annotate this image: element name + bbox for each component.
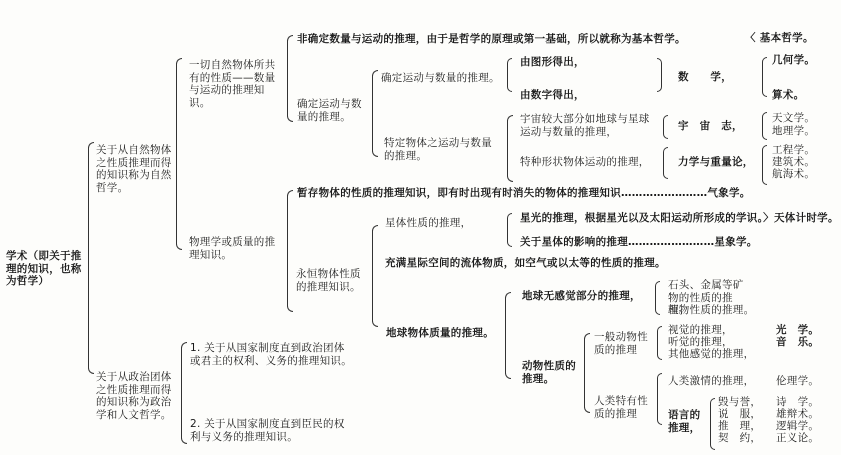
cosmos-motion: 宇宙较大部分如地球与星球运动与数量的推理， xyxy=(520,113,660,138)
general-animal-label: 一般动物性质的推理 xyxy=(594,331,654,356)
cosmography-results-bracket xyxy=(762,112,767,140)
physics-bracket xyxy=(287,190,293,312)
human-bracket xyxy=(657,373,662,425)
special-bodies-label: 特定物体之运动与数量的推理。 xyxy=(384,137,494,162)
result-music: 音 乐。 xyxy=(776,336,819,349)
definite-quantity-motion-label: 确定运动与数量的推理。 xyxy=(297,98,369,123)
political-item-2: 2. 关于从国家制度直到臣民的权利与义务的推理知识。 xyxy=(190,418,355,443)
sight: 视觉的推理， xyxy=(668,324,733,337)
cosmography-label: 宇 宙 志， xyxy=(678,120,743,133)
speech-label: 语言的推理， xyxy=(668,409,710,434)
contract: 契 约， xyxy=(718,432,761,445)
stars-label: 星体性质的推理， xyxy=(385,217,471,230)
insensible-label: 地球无感觉部分的推理， xyxy=(522,290,641,303)
result-arithmetic: 算术。 xyxy=(772,89,804,102)
definite-mq-label: 确定运动与数量的推理。 xyxy=(381,72,500,85)
mechanics-bracket xyxy=(663,147,668,179)
result-poetry: 诗 学。 xyxy=(776,396,819,409)
starlight: 星光的推理，根据星光以及太阳运动所形成的学识。〉天体计时学。 xyxy=(520,212,839,225)
permanent-bodies-label: 永恒物体性质的推理知识。 xyxy=(296,268,371,293)
animal-label: 动物性质的推理。 xyxy=(522,360,577,385)
hearing: 听觉的推理， xyxy=(668,336,733,349)
result-geometry: 几何学。 xyxy=(772,54,815,67)
result-logic: 逻辑学。 xyxy=(776,420,819,433)
result-first-philosophy: 〈 基本哲学。 xyxy=(745,32,814,45)
common-bracket xyxy=(287,35,293,122)
figure-motion: 特种形状物体运动的推理， xyxy=(520,156,650,169)
other-senses: 其他感觉的推理， xyxy=(668,348,754,361)
common-properties-label: 一切自然物体所共有的性质——数量与运动的推理知识。 xyxy=(189,59,281,109)
human-label: 人类特有性质的推理 xyxy=(594,395,654,420)
physics-label: 物理学或质量的推理知识。 xyxy=(189,236,284,261)
from-figures: 由图形得出， xyxy=(520,56,585,69)
result-justice: 正义论。 xyxy=(776,432,819,445)
mq-bracket xyxy=(507,58,512,92)
result-engineering: 工程学。 xyxy=(772,144,815,157)
stars-bracket xyxy=(507,213,512,247)
interstellar-fluid: 充满星际空间的流体物质，如空气或以太等的性质的推理。 xyxy=(385,257,666,270)
insensible-bracket xyxy=(655,281,660,315)
result-optics: 光 学。 xyxy=(776,324,819,337)
persuasion: 说 服， xyxy=(718,408,761,421)
root-label: 学术（即关于推理的知识，也称为哲学） xyxy=(6,250,86,288)
general-animal-bracket xyxy=(657,326,662,360)
result-architecture: 建筑术。 xyxy=(772,156,815,169)
natural-bracket xyxy=(176,58,182,250)
political-philosophy-label: 关于从政治团体之性质推理而得的知识称为政治学和人文哲学。 xyxy=(96,371,172,421)
mq-right-bracket xyxy=(657,58,662,92)
result-astronomy: 天文学。 xyxy=(772,112,815,125)
praise-blame: 毁与誉， xyxy=(718,396,761,409)
speech-bracket xyxy=(710,398,715,450)
mechanics-label: 力学与重量论， xyxy=(678,156,754,169)
result-navigation: 航海术。 xyxy=(772,168,815,181)
special-bracket xyxy=(507,115,513,182)
math-results-bracket xyxy=(762,57,767,97)
result-rhetoric: 雄辩术。 xyxy=(776,408,819,421)
earth-bodies-label: 地球物体质量的推理。 xyxy=(386,327,494,340)
animal-bracket xyxy=(584,333,590,413)
definite-bracket xyxy=(372,70,378,157)
natural-philosophy-label: 关于从自然物体之性质推理而得的知识称为自然哲学。 xyxy=(96,144,172,194)
star-influence: 关于星体的影响的推理……………………星象学。 xyxy=(520,236,758,249)
root-bracket xyxy=(88,142,94,374)
indefinite-quantity-motion: 非确定数量与运动的推理，由于是哲学的原理或第一基础，所以就称为基本哲学。 xyxy=(297,33,686,46)
permanent-bracket xyxy=(372,225,378,327)
earth-bracket xyxy=(505,292,511,379)
result-geography: 地理学。 xyxy=(772,125,815,138)
mathematics-label: 数 学， xyxy=(678,71,732,84)
political-bracket xyxy=(181,342,187,444)
mechanics-results-bracket xyxy=(762,145,767,185)
political-item-1: 1. 关于从国家制度直到政治团体或君主的权利、义务的推理知识。 xyxy=(190,342,355,367)
reasoning: 推 理， xyxy=(718,420,761,433)
cosmos-bracket xyxy=(663,115,668,139)
passions: 人类激情的推理， xyxy=(668,375,754,388)
temporary-bodies: 暂存物体的性质的推理知识，即有时出现有时消失的物体的推理知识……………………气象… xyxy=(297,187,751,200)
result-ethics: 伦理学。 xyxy=(776,375,819,388)
plants: 植物性质的推理。 xyxy=(668,304,754,317)
from-numbers: 由数字得出， xyxy=(520,89,585,102)
